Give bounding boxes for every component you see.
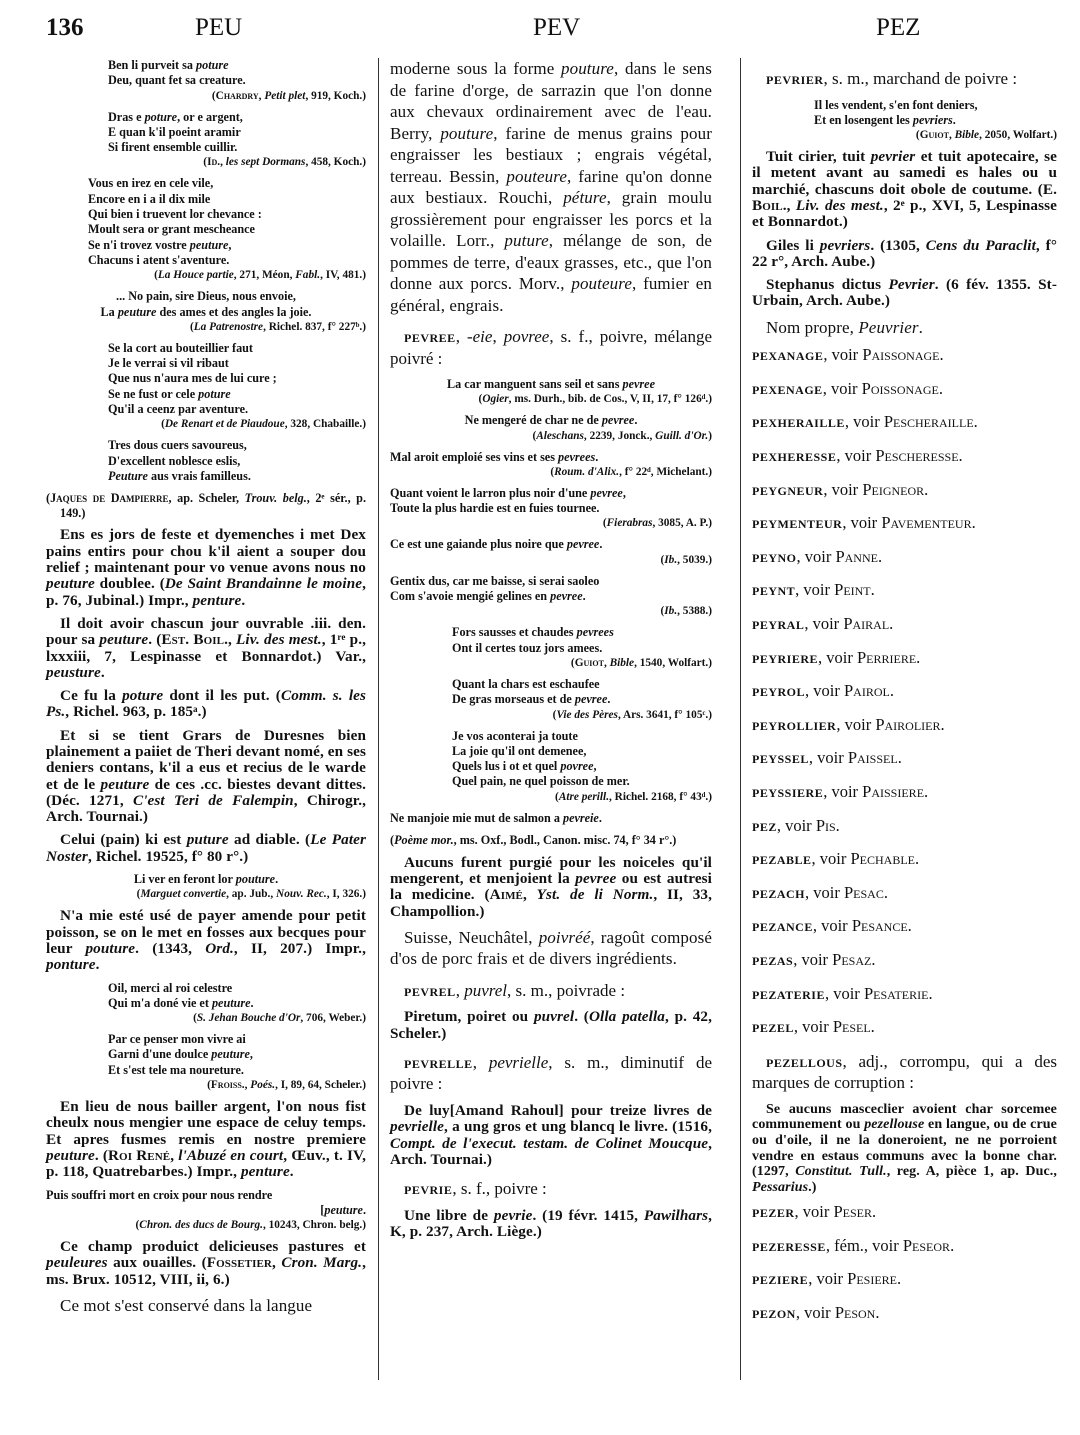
verse-quotation: Puis souffri mort en croix pour nous ren… — [46, 1188, 366, 1233]
verse-quotation: Fors sausses et chaudes pevreesOnt il ce… — [390, 625, 712, 670]
headword: peyssel — [752, 748, 809, 767]
citation: (Vie des Pères, Ars. 3641, f° 105ᶜ.) — [452, 708, 712, 722]
verse-line: La car manguent sans seil et sans pevree — [390, 377, 712, 392]
cross-reference-entry: pezance, voir Pesance. — [752, 916, 1057, 936]
verse-line: Ce est une gaiande plus noire que pevree… — [390, 537, 712, 552]
prose-quotation: Celui (pain) ki est puture ad diable. (L… — [46, 832, 366, 865]
dictionary-entry: pevree, -eie, povree, s. f., poivre, mél… — [390, 326, 712, 369]
prose-quotation: Ce fu la poture dont il les put. (Comm. … — [46, 688, 366, 721]
verse-quotation: Oil, merci al roi celestreQui m'a doné v… — [46, 981, 366, 1026]
verse-line: Com s'avoie mengié gelines en pevree. — [390, 589, 712, 604]
column-middle: moderne sous la forme pouture, dans le s… — [390, 58, 712, 1247]
verse-line: Chacuns i atent s'aventure. — [88, 253, 366, 268]
verse-line: Se la cort au bouteillier faut — [108, 341, 366, 356]
cross-reference-entry: peyrollier, voir Pairolier. — [752, 715, 1057, 735]
headword: pevrel — [404, 981, 456, 1000]
verse-line: Qui m'a doné vie et peuture. — [108, 996, 366, 1011]
verse-line: Mal aroit emploié ses vins et ses pevree… — [390, 450, 712, 465]
headword: peziere — [752, 1269, 808, 1288]
prose-quotation: N'a mie esté usé de payer amende pour pe… — [46, 908, 366, 973]
cross-reference-entry: peyral, voir Pairal. — [752, 614, 1057, 634]
headword: pevrie — [404, 1179, 452, 1198]
cross-reference-entry: peyriere, voir Perriere. — [752, 648, 1057, 668]
verse-line: Il les vendent, s'en font deniers, — [814, 98, 1057, 113]
headword: peynt — [752, 580, 795, 599]
cross-reference-entry: peynt, voir Peint. — [752, 580, 1057, 600]
verse-quotation: Ne manjoie mie mut de salmon a pevreie. — [390, 811, 712, 826]
cross-reference-entry: pezach, voir Pesac. — [752, 883, 1057, 903]
verse-quotation: Se la cort au bouteillier fautJe le verr… — [46, 341, 366, 431]
page-header: 136 PEU PEV PEZ — [0, 14, 1080, 50]
verse-line: Se ne fust or cele poture — [108, 387, 366, 402]
headword: pezel — [752, 1017, 794, 1036]
headword: peyssiere — [752, 782, 823, 801]
verse-quotation: Dras e poture, or e argent,E quan k'il p… — [46, 110, 366, 170]
dictionary-entry: pevrel, puvrel, s. m., poivrade : — [390, 980, 712, 1002]
headword: pezas — [752, 950, 793, 969]
verse-line: Par ce penser mon vivre ai — [108, 1032, 366, 1047]
verse-line: Garni d'une doulce peuture, — [108, 1047, 366, 1062]
prose-quotation: Une libre de pevrie. (19 févr. 1415, Paw… — [390, 1208, 712, 1241]
headword: peymenteur — [752, 513, 842, 532]
cross-reference-entry: peyssiere, voir Paissiere. — [752, 782, 1057, 802]
verse-line: Quant la chars est eschaufee — [452, 677, 712, 692]
headword: pez — [752, 816, 777, 835]
dictionary-entry: pevrier, s. m., marchand de poivre : — [752, 68, 1057, 90]
headword: pezable — [752, 849, 812, 868]
cross-reference-entry: pez, voir Pis. — [752, 816, 1057, 836]
verse-quotation: Mal aroit emploié ses vins et ses pevree… — [390, 450, 712, 479]
verse-line: Quel pain, ne quel poisson de mer. — [452, 774, 712, 789]
verse-line: Toute la plus hardie est en fuies tourne… — [390, 501, 712, 516]
verse-line: Encore en i a il dix mile — [88, 192, 366, 207]
cross-reference-entry: peymenteur, voir Pavementeur. — [752, 513, 1057, 533]
headword: pezaterie — [752, 984, 825, 1003]
verse-quotation: Tres dous cuers savoureus,D'excellent no… — [46, 438, 366, 484]
citation: (Ib., 5039.) — [390, 553, 712, 567]
citation: (Aleschans, 2239, Jonck., Guill. d'Or.) — [390, 429, 712, 443]
headword: pexheraille — [752, 412, 845, 431]
commentary-paragraph: Nom propre, Peuvrier. — [752, 317, 1057, 339]
commentary-paragraph: moderne sous la forme pouture, dans le s… — [390, 58, 712, 316]
citation: (S. Jehan Bouche d'Or, 706, Weber.) — [108, 1011, 366, 1025]
verse-line: La joie qu'il ont demenee, — [452, 744, 712, 759]
cross-reference-entry: pexanage, voir Paissonage. — [752, 345, 1057, 365]
column-divider — [740, 58, 741, 1380]
cross-reference-entry: peyssel, voir Paissel. — [752, 748, 1057, 768]
dictionary-entry: pevrelle, pevrielle, s. m., diminutif de… — [390, 1052, 712, 1095]
verse-line: Et en losengent les pevriers. — [814, 113, 1057, 128]
verse-quotation: Vous en irez en cele vile,Encore en i a … — [46, 176, 366, 282]
headword: pexenage — [752, 379, 823, 398]
headword: pevree — [404, 327, 456, 346]
prose-quotation: Ens es jors de feste et dyemenches i met… — [46, 527, 366, 608]
verse-line: Deu, quant fet sa creature. — [108, 73, 366, 88]
prose-quotation: Stephanus dictus Pevrier. (6 fév. 1355. … — [752, 277, 1057, 310]
citation: (Atre perill., Richel. 2168, f° 43ᵈ.) — [452, 790, 712, 804]
running-head-middle: PEV — [533, 14, 580, 42]
verse-quotation: Li ver en feront lor pouture.(Marguet co… — [46, 872, 366, 901]
running-head-right: PEZ — [876, 14, 920, 42]
verse-line: De gras morseaus et de pevree. — [452, 692, 712, 707]
citation: (Jaques de Dampierre, ap. Scheler, Trouv… — [46, 491, 366, 520]
citation: (La Houce partie, 271, Méon, Fabl., IV, … — [88, 268, 366, 282]
citation: (Ib., 5388.) — [390, 604, 712, 618]
prose-quotation: De luy[Amand Rahoul] pour treize livres … — [390, 1103, 712, 1168]
verse-line: La peuture des ames et des angles la joi… — [46, 305, 366, 320]
citation: (Ogier, ms. Durh., bib. de Cos., V, II, … — [390, 392, 712, 406]
headword: pezance — [752, 916, 813, 935]
verse-line: Li ver en feront lor pouture. — [46, 872, 366, 887]
prose-quotation: Giles li pevriers. (1305, Cens du Paracl… — [752, 238, 1057, 271]
verse-quotation: ... No pain, sire Dieus, nous envoie,La … — [46, 289, 366, 334]
column-right: pevrier, s. m., marchand de poivre :Il l… — [752, 58, 1057, 1337]
cross-reference-entry: pezer, voir Peser. — [752, 1202, 1057, 1222]
verse-line: Oil, merci al roi celestre — [108, 981, 366, 996]
citation: (Froiss., Poés., I, 89, 64, Scheler.) — [108, 1078, 366, 1092]
verse-quotation: Quant la chars est eschaufeeDe gras mors… — [390, 677, 712, 722]
verse-line: Ne manjoie mie mut de salmon a pevreie. — [390, 811, 712, 826]
cross-reference-entry: pezaterie, voir Pesaterie. — [752, 984, 1057, 1004]
citation: (De Renart et de Piaudoue, 328, Chabaill… — [108, 417, 366, 431]
verse-line: Tres dous cuers savoureus, — [108, 438, 366, 453]
verse-line: Quant voient le larron plus noir d'une p… — [390, 486, 712, 501]
verse-line: Gentix dus, car me baisse, si serai saol… — [390, 574, 712, 589]
column-left: Ben li purveit sa potureDeu, quant fet s… — [46, 58, 366, 1324]
headword: pezon — [752, 1303, 796, 1322]
headword: pezellous — [766, 1052, 843, 1071]
prose-quotation: Piretum, poiret ou puvrel. (Olla patella… — [390, 1009, 712, 1042]
verse-line: Qu'il a ceenz par aventure. — [108, 402, 366, 417]
cross-reference-entry: pexheresse, voir Pescheresse. — [752, 446, 1057, 466]
headword: peyral — [752, 614, 804, 633]
verse-quotation: Ce est une gaiande plus noire que pevree… — [390, 537, 712, 566]
verse-line: Quels lus i ot et quel povree, — [452, 759, 712, 774]
prose-quotation: Se aucuns masceclier avoient char sorcem… — [752, 1102, 1057, 1196]
verse-line: Je vos aconterai ja toute — [452, 729, 712, 744]
verse-line: ... No pain, sire Dieus, nous envoie, — [46, 289, 366, 304]
citation: (Id., les sept Dormans, 458, Koch.) — [108, 155, 366, 169]
prose-quotation: En lieu de nous bailler argent, l'on nou… — [46, 1099, 366, 1180]
prose-quotation: Et si se tient Grars de Duresnes bien pl… — [46, 728, 366, 826]
verse-line: Je le verrai si vil ribaut — [108, 356, 366, 371]
headword: peygneur — [752, 480, 823, 499]
cross-reference-entry: pezon, voir Peson. — [752, 1303, 1057, 1323]
verse-line: Fors sausses et chaudes pevrees — [452, 625, 712, 640]
headword: pezeresse — [752, 1236, 826, 1255]
headword: pezach — [752, 883, 805, 902]
prose-quotation: Tuit cirier, tuit pevrier et tuit apotec… — [752, 149, 1057, 230]
verse-line: Moult sera or grant mescheance — [88, 222, 366, 237]
citation: (Poème mor., ms. Oxf., Bodl., Canon. mis… — [390, 833, 712, 848]
verse-line: Et s'est tele ma noureture. — [108, 1063, 366, 1078]
prose-quotation: Ce champ produict delicieuses pastures e… — [46, 1239, 366, 1288]
citation: (Chron. des ducs de Bourg., 10243, Chron… — [46, 1218, 366, 1232]
verse-line: E quan k'il poeint aramir — [108, 125, 366, 140]
commentary-paragraph: Ce mot s'est conservé dans la langue — [46, 1295, 366, 1317]
column-divider — [378, 58, 379, 1380]
verse-line: Si firent ensemble cuillir. — [108, 140, 366, 155]
headword: pezer — [752, 1202, 795, 1221]
headword: peyriere — [752, 648, 818, 667]
verse-quotation: Il les vendent, s'en font deniers,Et en … — [752, 98, 1057, 143]
verse-line: Ben li purveit sa poture — [108, 58, 366, 73]
headword: pevrier — [766, 69, 824, 88]
citation: (La Patrenostre, Richel. 837, f° 227ᵇ.) — [46, 320, 366, 334]
citation: (Chardry, Petit plet, 919, Koch.) — [108, 89, 366, 103]
cross-reference-entry: pexheraille, voir Pescheraille. — [752, 412, 1057, 432]
verse-quotation: Par ce penser mon vivre aiGarni d'une do… — [46, 1032, 366, 1092]
verse-quotation: Gentix dus, car me baisse, si serai saol… — [390, 574, 712, 619]
verse-line: D'excellent noblesce eslis, — [108, 454, 366, 469]
headword: peyrollier — [752, 715, 836, 734]
verse-line: Qui bien i truevent lor chevance : — [88, 207, 366, 222]
headword: pexanage — [752, 345, 823, 364]
verse-line: Ne mengeré de char ne de pevree. — [390, 413, 712, 428]
cross-reference-entry: pezable, voir Pechable. — [752, 849, 1057, 869]
cross-reference-entry: pezel, voir Pesel. — [752, 1017, 1057, 1037]
running-head-left: PEU — [195, 14, 242, 42]
citation: (Guiot, Bible, 2050, Wolfart.) — [814, 128, 1057, 142]
cross-reference-entry: peygneur, voir Peigneor. — [752, 480, 1057, 500]
verse-line: [peuture. — [46, 1203, 366, 1218]
prose-quotation: Il doit avoir chascun jour ouvrable .iii… — [46, 616, 366, 681]
cross-reference-entry: pexenage, voir Poissonage. — [752, 379, 1057, 399]
verse-line: Dras e poture, or e argent, — [108, 110, 366, 125]
dictionary-entry: pevrie, s. f., poivre : — [390, 1178, 712, 1200]
verse-quotation: Quant voient le larron plus noir d'une p… — [390, 486, 712, 531]
cross-reference-entry: pezas, voir Pesaz. — [752, 950, 1057, 970]
citation: (Roum. d'Alix., f° 22ᵈ, Michelant.) — [390, 465, 712, 479]
cross-reference-entry: peyno, voir Panne. — [752, 547, 1057, 567]
page-number: 136 — [46, 14, 84, 42]
dictionary-entry: pezellous, adj., corrompu, qui a des mar… — [752, 1051, 1057, 1094]
verse-quotation: Ben li purveit sa potureDeu, quant fet s… — [46, 58, 366, 103]
citation: (Fierabras, 3085, A. P.) — [390, 516, 712, 530]
cross-reference-entry: pezeresse, fém., voir Peseor. — [752, 1236, 1057, 1256]
verse-line: Puis souffri mort en croix pour nous ren… — [46, 1188, 366, 1203]
prose-quotation: Aucuns furent purgié pour les noiceles q… — [390, 855, 712, 920]
citation: (Marguet convertie, ap. Jub., Nouv. Rec.… — [46, 887, 366, 901]
verse-quotation: La car manguent sans seil et sans pevree… — [390, 377, 712, 406]
verse-quotation: Ne mengeré de char ne de pevree.(Alescha… — [390, 413, 712, 442]
verse-line: Ont il certes touz jors amees. — [452, 641, 712, 656]
verse-line: Se n'i trovez vostre peuture, — [88, 238, 366, 253]
headword: peyrol — [752, 681, 805, 700]
citation: (Guiot, Bible, 1540, Wolfart.) — [452, 656, 712, 670]
verse-line: Peuture aus vrais familleus. — [108, 469, 366, 484]
verse-quotation: Je vos aconterai ja touteLa joie qu'il o… — [390, 729, 712, 804]
verse-line: Que nus n'aura mes de lui cure ; — [108, 371, 366, 386]
headword: peyno — [752, 547, 797, 566]
headword: pexheresse — [752, 446, 836, 465]
verse-line: Vous en irez en cele vile, — [88, 176, 366, 191]
cross-reference-entry: peziere, voir Pesiere. — [752, 1269, 1057, 1289]
headword: pevrelle — [404, 1053, 473, 1072]
commentary-paragraph: Suisse, Neuchâtel, poivréé, ragoût compo… — [390, 927, 712, 970]
cross-reference-entry: peyrol, voir Pairol. — [752, 681, 1057, 701]
